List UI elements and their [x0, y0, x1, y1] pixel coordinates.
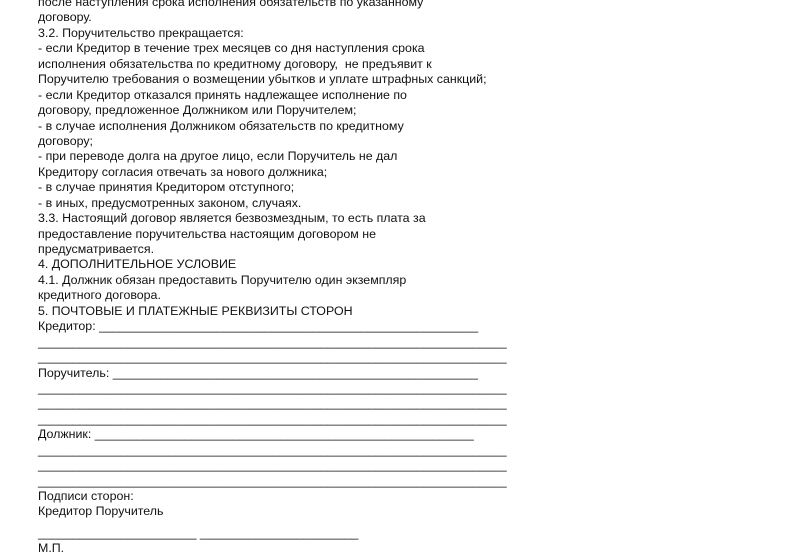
signature-lines: _______________________ ________________…	[38, 526, 778, 541]
signatures-parties: Кредитор Поручитель	[38, 504, 778, 519]
requisite-blank-line: ________________________________________…	[38, 396, 778, 411]
requisite-field: Кредитор: ______________________________…	[38, 319, 778, 334]
stamp-label: М.П.	[38, 541, 778, 555]
text-line: договору;	[38, 134, 778, 149]
text-line: предусматривается.	[38, 242, 778, 257]
text-line: договору.	[38, 10, 778, 25]
requisite-blank: ________________________________________…	[99, 319, 478, 333]
text-line: 3.2. Поручительство прекращается:	[38, 26, 778, 41]
text-line: Кредитору согласия отвечать за нового до…	[38, 165, 778, 180]
requisite-blank: ________________________________________…	[95, 427, 474, 441]
text-line: 3.3. Настоящий договор является безвозме…	[38, 211, 778, 226]
requisite-label: Должник:	[38, 427, 95, 441]
text-line: - если Кредитор отказался принять надлеж…	[38, 88, 778, 103]
requisite-blank-line: ________________________________________…	[38, 350, 778, 365]
requisite-blank-line: ________________________________________…	[38, 381, 778, 396]
text-line: - в случае принятия Кредитором отступног…	[38, 180, 778, 195]
text-line: предоставление поручительства настоящим …	[38, 227, 778, 242]
requisite-label: Поручитель:	[38, 366, 113, 380]
requisite-field: Поручитель: ____________________________…	[38, 366, 778, 381]
text-line: договору, предложенное Должником или Пор…	[38, 103, 778, 118]
requisite-blank-line: ________________________________________…	[38, 335, 778, 350]
signatures-heading: Подписи сторон:	[38, 489, 778, 504]
requisite-field: Должник: _______________________________…	[38, 427, 778, 442]
text-line: Поручителю требования о возмещении убытк…	[38, 72, 778, 87]
text-line: 4.1. Должник обязан предоставить Поручит…	[38, 273, 778, 288]
requisite-label: Кредитор:	[38, 319, 99, 333]
text-line: исполнения обязательства по кредитному д…	[38, 57, 778, 72]
text-line: - если Кредитор в течение трех месяцев с…	[38, 41, 778, 56]
text-line: - при переводе долга на другое лицо, есл…	[38, 149, 778, 164]
text-line: - в иных, предусмотренных законом, случа…	[38, 196, 778, 211]
text-line: кредитного договора.	[38, 288, 778, 303]
signatures-section: Подписи сторон: Кредитор Поручитель ____…	[38, 489, 778, 555]
contract-text: после наступления срока исполнения обяза…	[38, 0, 778, 319]
text-line: 4. ДОПОЛНИТЕЛЬНОЕ УСЛОВИЕ	[38, 257, 778, 272]
requisite-blank-line: ________________________________________…	[38, 443, 778, 458]
requisite-blank: ________________________________________…	[113, 366, 478, 380]
text-line: после наступления срока исполнения обяза…	[38, 0, 778, 10]
text-line: 5. ПОЧТОВЫЕ И ПЛАТЕЖНЫЕ РЕКВИЗИТЫ СТОРОН	[38, 304, 778, 319]
text-line: - в случае исполнения Должником обязател…	[38, 119, 778, 134]
requisite-blank-line: ________________________________________…	[38, 412, 778, 427]
requisite-blank-line: ________________________________________…	[38, 458, 778, 473]
requisite-blank-line: ________________________________________…	[38, 474, 778, 489]
document-page: после наступления срока исполнения обяза…	[38, 0, 778, 555]
requisites-section: Кредитор: ______________________________…	[38, 319, 778, 489]
